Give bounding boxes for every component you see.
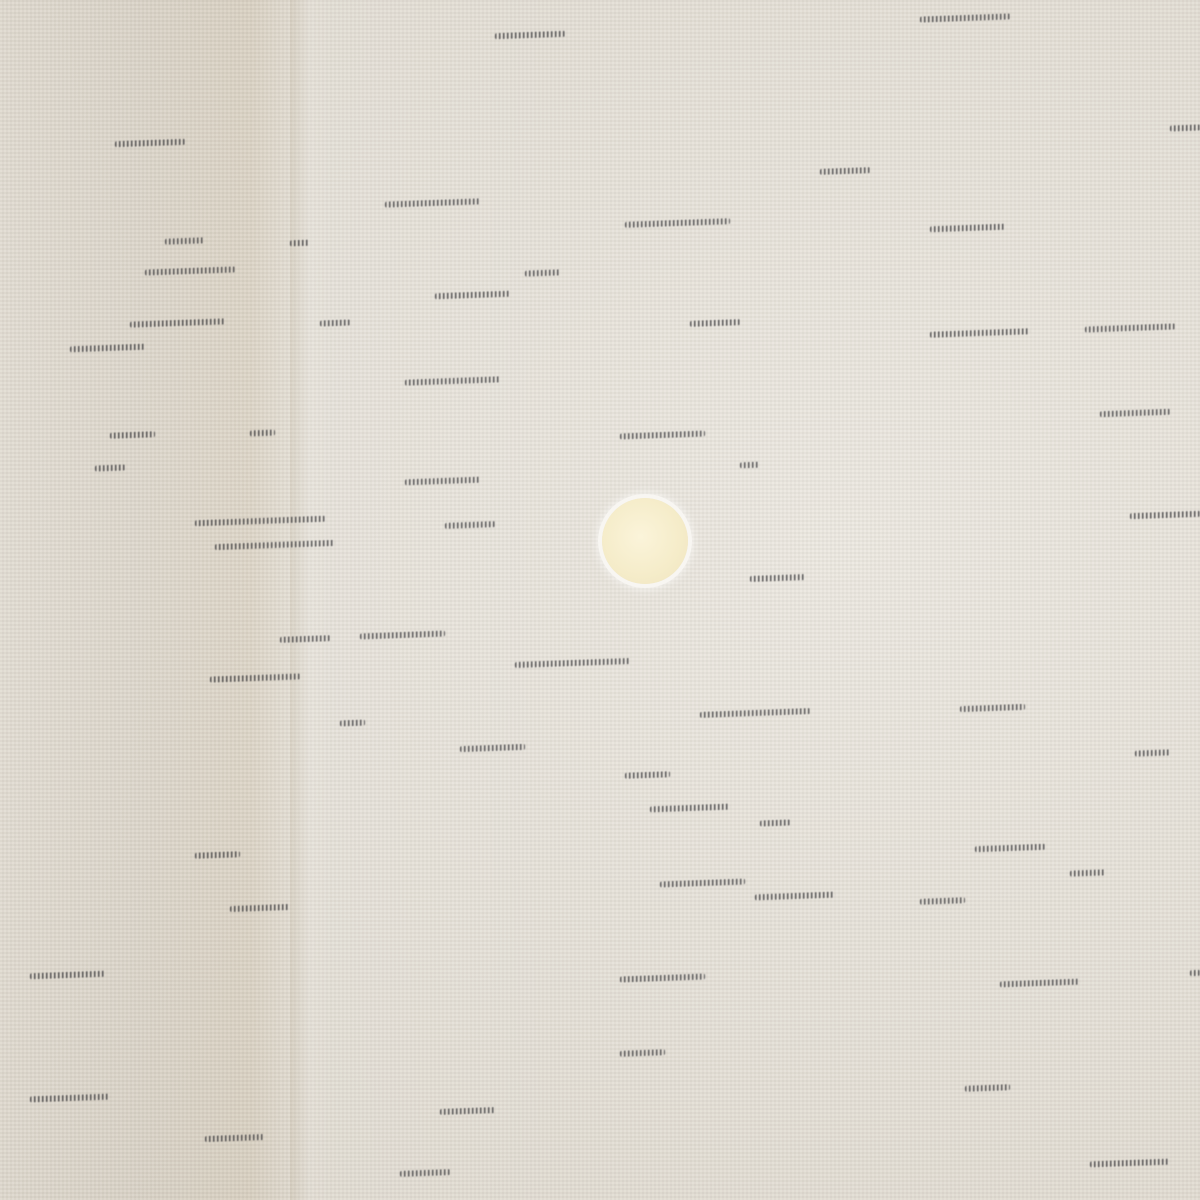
fabric-fleck <box>760 819 790 826</box>
fabric-fleck <box>320 319 350 326</box>
fabric-fleck <box>740 462 760 469</box>
fabric-fleck <box>1190 970 1200 976</box>
fabric-photo <box>0 0 1200 1200</box>
fabric-fleck <box>1170 124 1200 131</box>
fabric-fleck <box>1135 749 1170 756</box>
fabric-hole <box>602 498 688 584</box>
fabric-fold <box>290 0 330 1200</box>
fabric-fleck <box>340 720 365 727</box>
knit-texture <box>0 0 1200 1200</box>
fabric-fleck <box>250 430 275 437</box>
fabric-fleck <box>95 464 125 471</box>
fabric-fleck <box>290 240 310 247</box>
fabric-fleck <box>1070 869 1105 876</box>
fabric-fleck <box>525 269 560 276</box>
